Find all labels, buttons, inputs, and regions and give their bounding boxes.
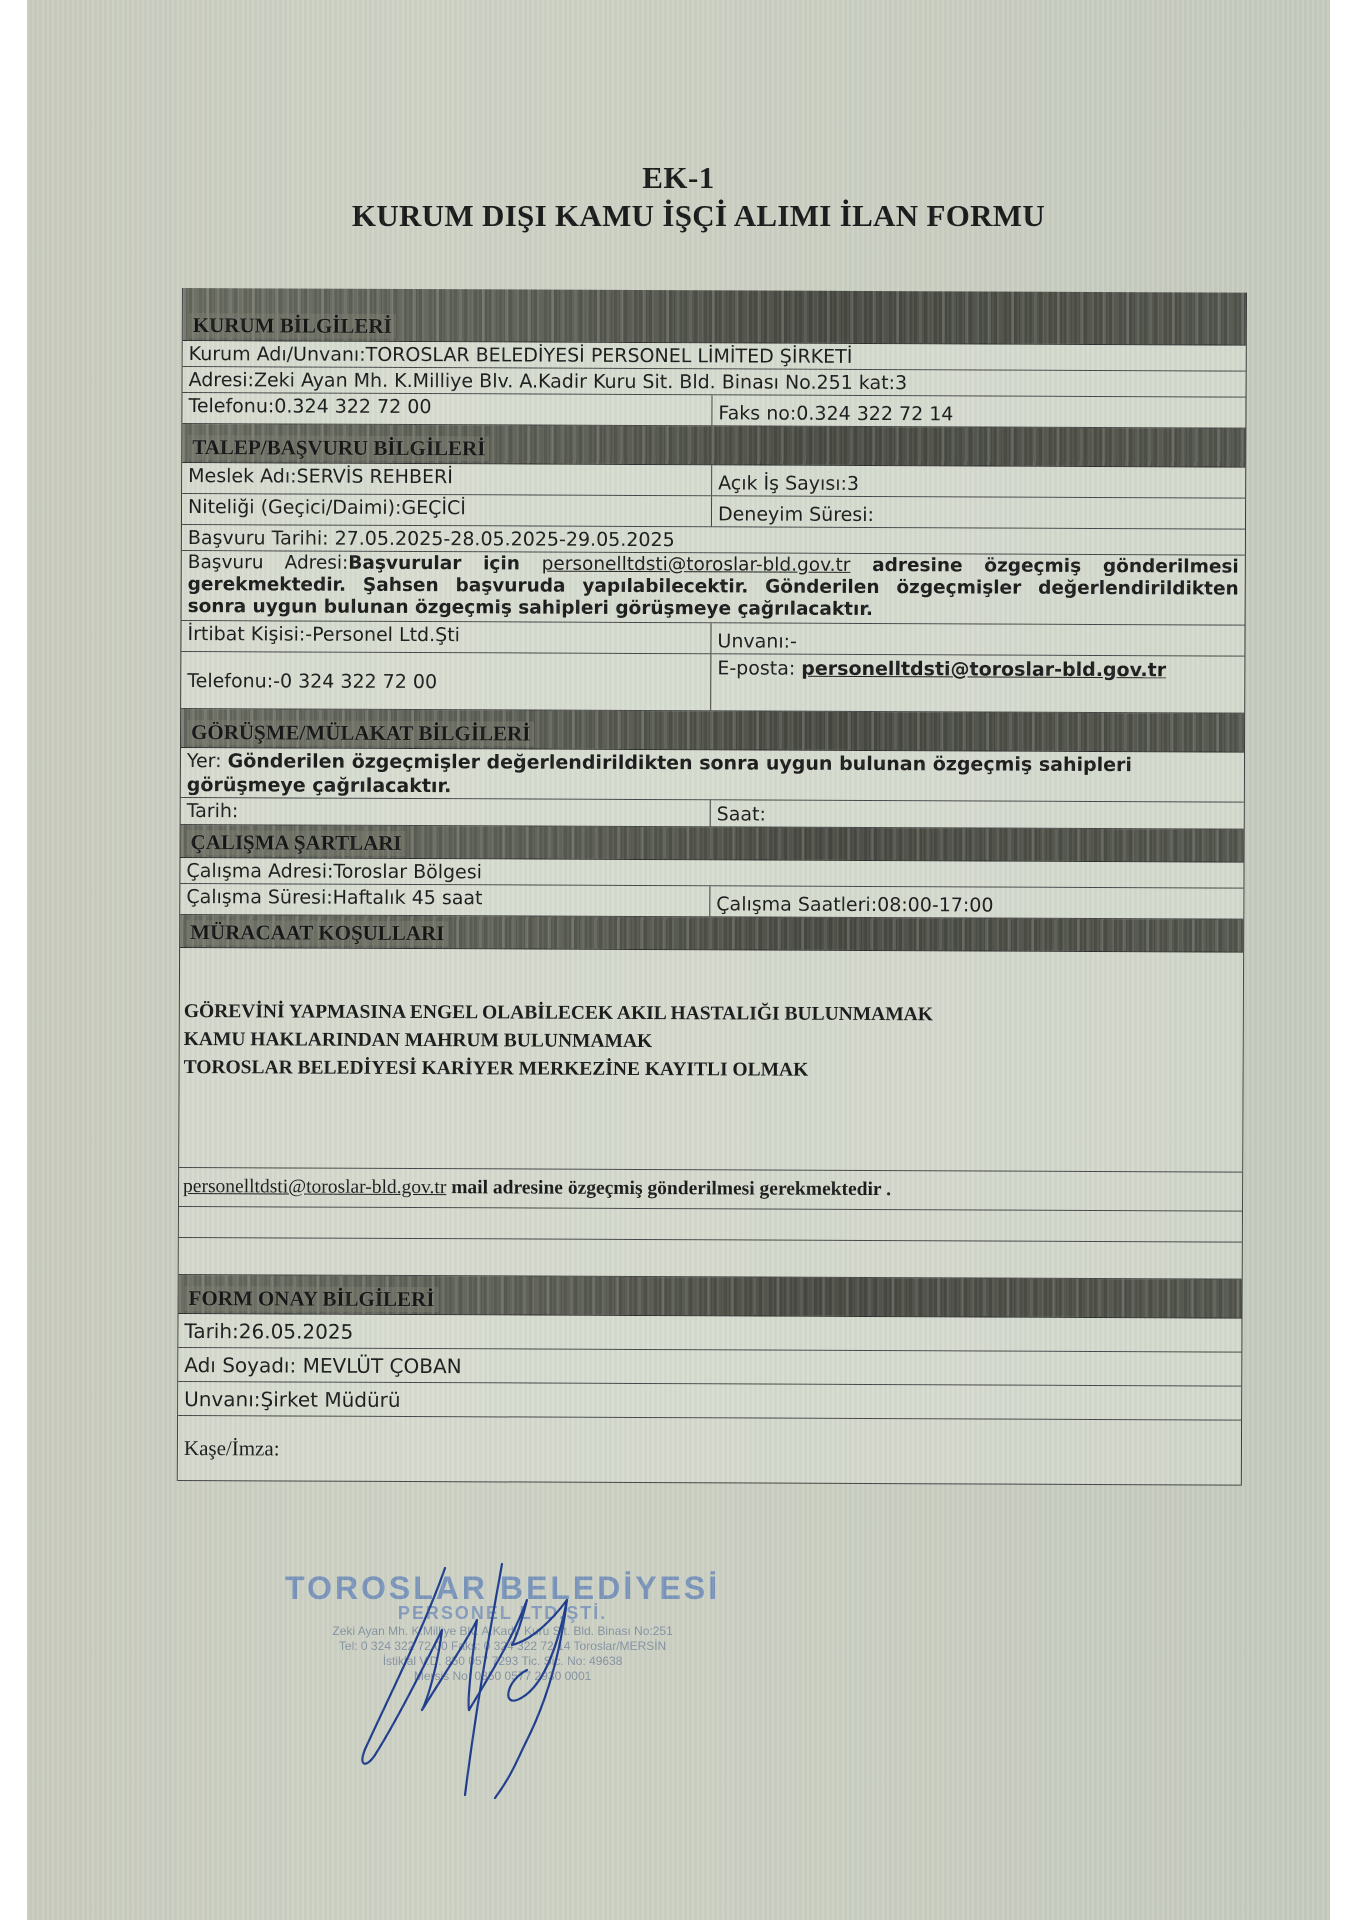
institution-name: Kurum Adı/Unvanı:TOROSLAR BELEDİYESİ PER… [183,341,1246,371]
conditions-list: GÖREVİNİ YAPMASINA ENGEL OLABİLECEK AKIL… [179,948,1243,1173]
mail-instruction: personelltdsti@toroslar-bld.gov.tr mail … [183,1174,1242,1205]
section-institution-info: KURUM BİLGİLERİ [183,288,1246,346]
approver-name-row: Adı Soyadı: MEVLÜT ÇOBAN [178,1348,1241,1387]
contact-title: Unvanı:- [711,623,1244,655]
mail-instruction-text: mail adresine özgeçmiş gönderilmesi gere… [446,1177,891,1200]
application-address: Başvuru Adresi:Başvurular için personell… [182,551,1245,625]
stamp-line-address: Zeki Ayan Mh. K.Milliye Blv. A.Kadir Kur… [285,1624,720,1639]
section-title: TALEP/BAŞVURU BİLGİLERİ [188,435,489,461]
mail-instruction-row: personelltdsti@toroslar-bld.gov.tr mail … [179,1168,1242,1212]
empty-row [179,1238,1242,1280]
application-address-label: Başvuru Adresi: [188,552,349,574]
work-address: Çalışma Adresi:Toroslar Bölgesi [180,858,1243,888]
institution-phone: Telefonu:0.324 322 72 00 [182,393,712,425]
contact-email: E-posta: personelltdsti@toroslar-bld.gov… [711,654,1244,712]
condition-item: TOROSLAR BELEDİYESİ KARİYER MERKEZİNE KA… [184,1054,1243,1087]
announcement-form: KURUM BİLGİLERİ Kurum Adı/Unvanı:TOROSLA… [177,288,1247,1486]
work-duration: Çalışma Süresi:Haftalık 45 saat [180,884,710,916]
work-hours: Çalışma Saatleri:08:00-17:00 [710,886,1243,918]
contact-person: İrtibat Kişisi:-Personel Ltd.Şti [181,621,711,653]
institution-fax: Faks no:0.324 322 72 14 [712,395,1245,427]
interview-place-label: Yer: [187,750,228,772]
section-title: GÖRÜŞME/MÜLAKAT BİLGİLERİ [187,720,534,747]
section-interview-info: GÖRÜŞME/MÜLAKAT BİLGİLERİ [181,709,1244,753]
stamp-signature-row: Kaşe/İmza: [178,1416,1241,1486]
mail-instruction-email-link[interactable]: personelltdsti@toroslar-bld.gov.tr [183,1176,446,1198]
empty-row [179,1207,1242,1243]
interview-place: Yer: Gönderilen özgeçmişler değerlendiri… [181,748,1244,802]
job-nature: Niteliği (Geçici/Daimi):GEÇİCİ [182,494,712,526]
scanned-page: EK-1 KURUM DIŞI KAMU İŞÇİ ALIMI İLAN FOR… [27,0,1330,1920]
stamp-signature-label: Kaşe/İmza: [184,1436,280,1461]
profession-row: Meslek Adı:SERVİS REHBERİ Açık İş Sayısı… [182,463,1245,499]
application-address-row: Başvuru Adresi:Başvurular için personell… [182,551,1245,626]
work-time-row: Çalışma Süresi:Haftalık 45 saat Çalışma … [180,884,1243,920]
contact-phone: Telefonu:-0 324 322 72 00 [181,652,711,710]
nature-row: Niteliği (Geçici/Daimi):GEÇİCİ Deneyim S… [182,494,1245,530]
profession-name: Meslek Adı:SERVİS REHBERİ [182,463,712,495]
section-title: KURUM BİLGİLERİ [189,313,396,339]
approval-date-row: Tarih:26.05.2025 [178,1314,1241,1353]
approval-block: Tarih:26.05.2025 Adı Soyadı: MEVLÜT ÇOBA… [178,1314,1241,1421]
contact-person-row: İrtibat Kişisi:-Personel Ltd.Şti Unvanı:… [181,621,1244,657]
interview-date: Tarih: [181,798,711,826]
open-positions: Açık İş Sayısı:3 [712,465,1245,497]
stamp-line-company: TOROSLAR BELEDİYESİ [285,1570,720,1607]
approval-date: Tarih:26.05.2025 [178,1314,1241,1352]
section-title: FORM ONAY BİLGİLERİ [185,1286,439,1312]
application-dates: Başvuru Tarihi: 27.05.2025-28.05.2025-29… [182,525,1245,555]
interview-time: Saat: [711,800,1244,828]
interview-place-row: Yer: Gönderilen özgeçmişler değerlendiri… [181,748,1244,803]
section-form-approval: FORM ONAY BİLGİLERİ [179,1275,1242,1319]
section-working-conditions: ÇALIŞMA ŞARTLARI [181,825,1244,863]
stamp-line-phone: Tel: 0 324 322 72 00 Faks: 0 324 322 72 … [285,1639,720,1654]
section-application-info: TALEP/BAŞVURU BİLGİLERİ [182,424,1245,468]
annex-label: EK-1 [27,160,1330,196]
application-email-link[interactable]: personelltdsti@toroslar-bld.gov.tr [542,554,851,576]
experience-duration: Deneyim Süresi: [712,496,1245,528]
interview-place-text: Gönderilen özgeçmişler değerlendirildikt… [187,750,1132,797]
approver-name: Adı Soyadı: MEVLÜT ÇOBAN [178,1348,1241,1386]
institution-contact-row: Telefonu:0.324 322 72 00 Faks no:0.324 3… [182,393,1245,429]
company-stamp: TOROSLAR BELEDİYESİ PERSONEL LTD.ŞTİ. Ze… [285,1570,720,1684]
section-title: ÇALIŞMA ŞARTLARI [187,830,406,856]
document-header: EK-1 KURUM DIŞI KAMU İŞÇİ ALIMI İLAN FOR… [27,160,1330,234]
approver-title: Unvanı:Şirket Müdürü [178,1382,1241,1420]
institution-address: Adresi:Zeki Ayan Mh. K.Milliye Blv. A.Ka… [183,367,1246,397]
stamp-line-tax: İstiklal V.D. 850 057 7293 Tic. Sic. No:… [285,1654,720,1669]
contact-email-label: E-posta: [717,657,801,679]
application-address-prefix: Başvurular için [348,553,541,575]
form-title: KURUM DIŞI KAMU İŞÇİ ALIMI İLAN FORMU [67,198,1330,234]
contact-email-link[interactable]: personelltdsti@toroslar-bld.gov.tr [801,658,1166,682]
section-application-conditions: MÜRACAAT KOŞULLARI [180,915,1243,953]
approver-title-row: Unvanı:Şirket Müdürü [178,1382,1241,1421]
section-title: MÜRACAAT KOŞULLARI [186,920,448,946]
stamp-line-mersis: Mersis No: 0850 0577 2930 0001 [285,1669,720,1684]
contact-phone-row: Telefonu:-0 324 322 72 00 E-posta: perso… [181,652,1244,714]
